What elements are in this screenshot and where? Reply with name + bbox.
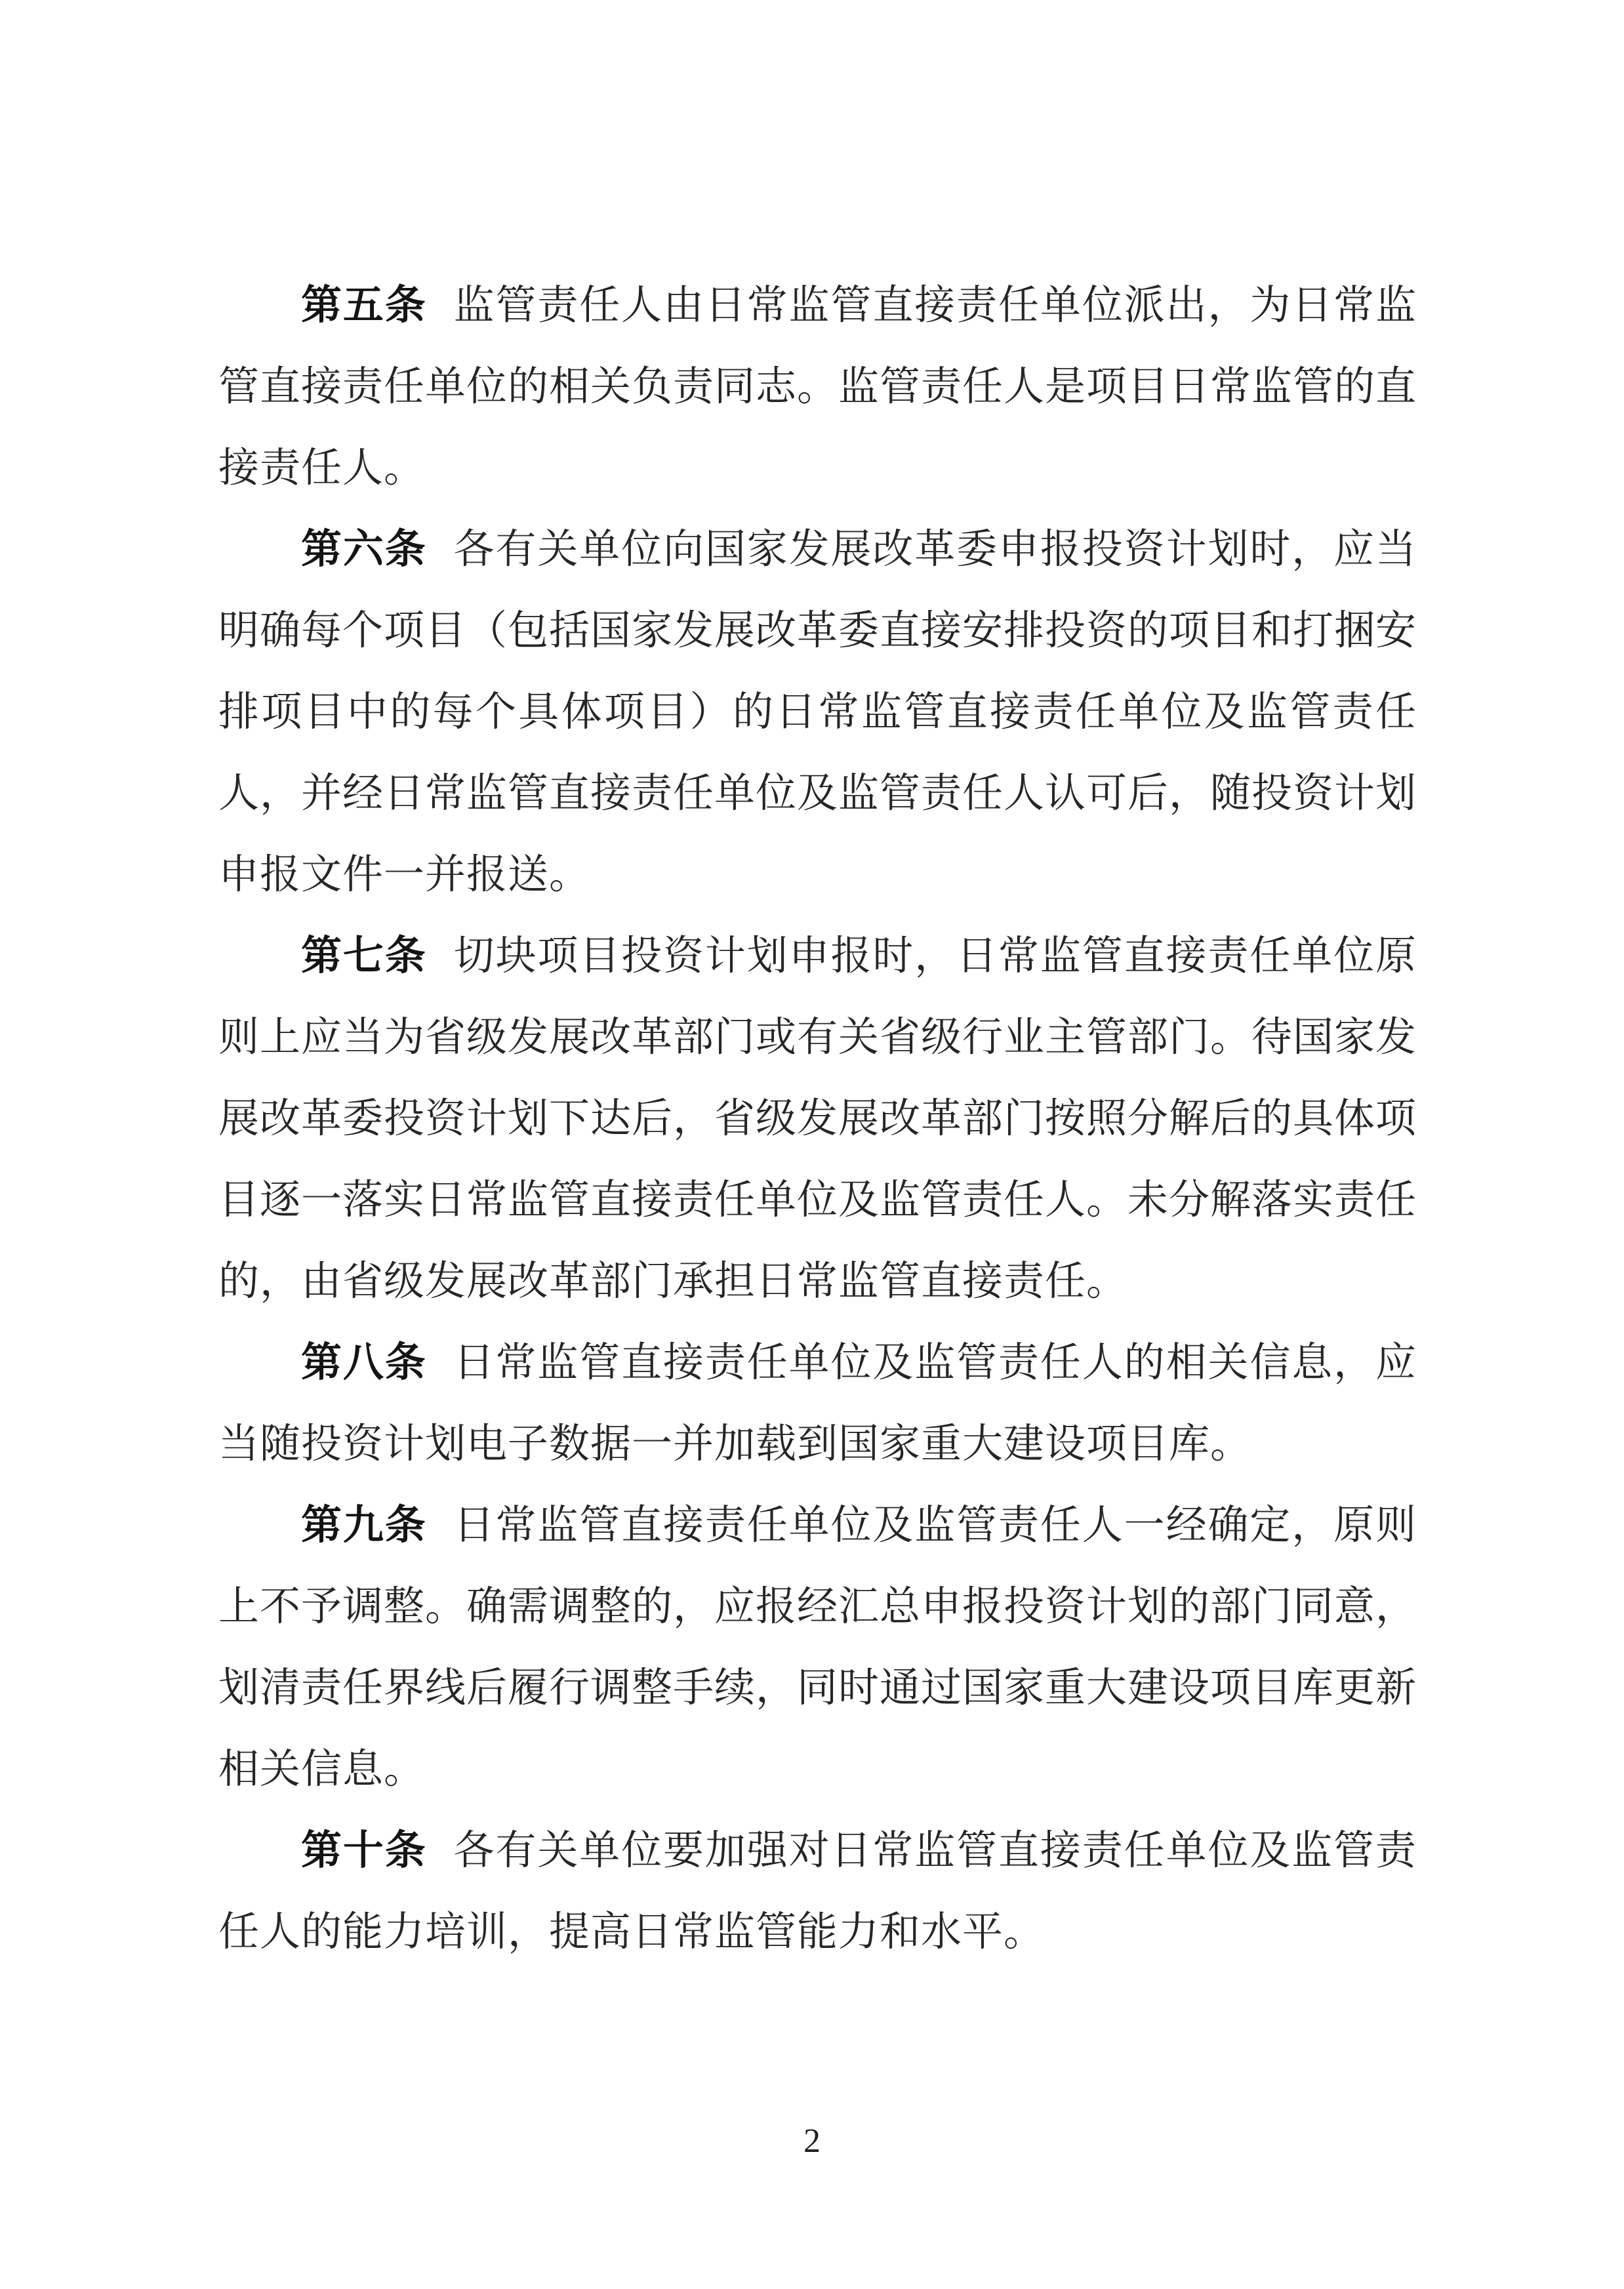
document-page: 第五条监管责任人由日常监管直接责任单位派出，为日常监管直接责任单位的相关负责同志…: [0, 0, 1624, 2289]
article-6-paragraph: 第六条各有关单位向国家发展改革委申报投资计划时，应当明确每个项目（包括国家发展改…: [218, 509, 1417, 916]
article-8-number: 第八条: [301, 1341, 427, 1385]
article-6-number: 第六条: [301, 527, 427, 572]
article-6-text: 各有关单位向国家发展改革委申报投资计划时，应当明确每个项目（包括国家发展改革委直…: [218, 527, 1417, 897]
article-5-number: 第五条: [301, 283, 427, 328]
document-body: 第五条监管责任人由日常监管直接责任单位派出，为日常监管直接责任单位的相关负责同志…: [218, 265, 1417, 1973]
page-number: 2: [0, 2122, 1624, 2160]
article-10-number: 第十条: [301, 1829, 427, 1873]
article-10-paragraph: 第十条各有关单位要加强对日常监管直接责任单位及监管责任人的能力培训，提高日常监管…: [218, 1810, 1417, 1973]
article-7-paragraph: 第七条切块项目投资计划申报时，日常监管直接责任单位原则上应当为省级发展改革部门或…: [218, 916, 1417, 1322]
article-8-paragraph: 第八条日常监管直接责任单位及监管责任人的相关信息，应当随投资计划电子数据一并加载…: [218, 1322, 1417, 1485]
article-9-paragraph: 第九条日常监管直接责任单位及监管责任人一经确定，原则上不予调整。确需调整的，应报…: [218, 1485, 1417, 1810]
article-7-text: 切块项目投资计划申报时，日常监管直接责任单位原则上应当为省级发展改革部门或有关省…: [218, 934, 1417, 1304]
article-7-number: 第七条: [301, 934, 427, 979]
article-5-paragraph: 第五条监管责任人由日常监管直接责任单位派出，为日常监管直接责任单位的相关负责同志…: [218, 265, 1417, 509]
article-9-number: 第九条: [301, 1503, 427, 1548]
